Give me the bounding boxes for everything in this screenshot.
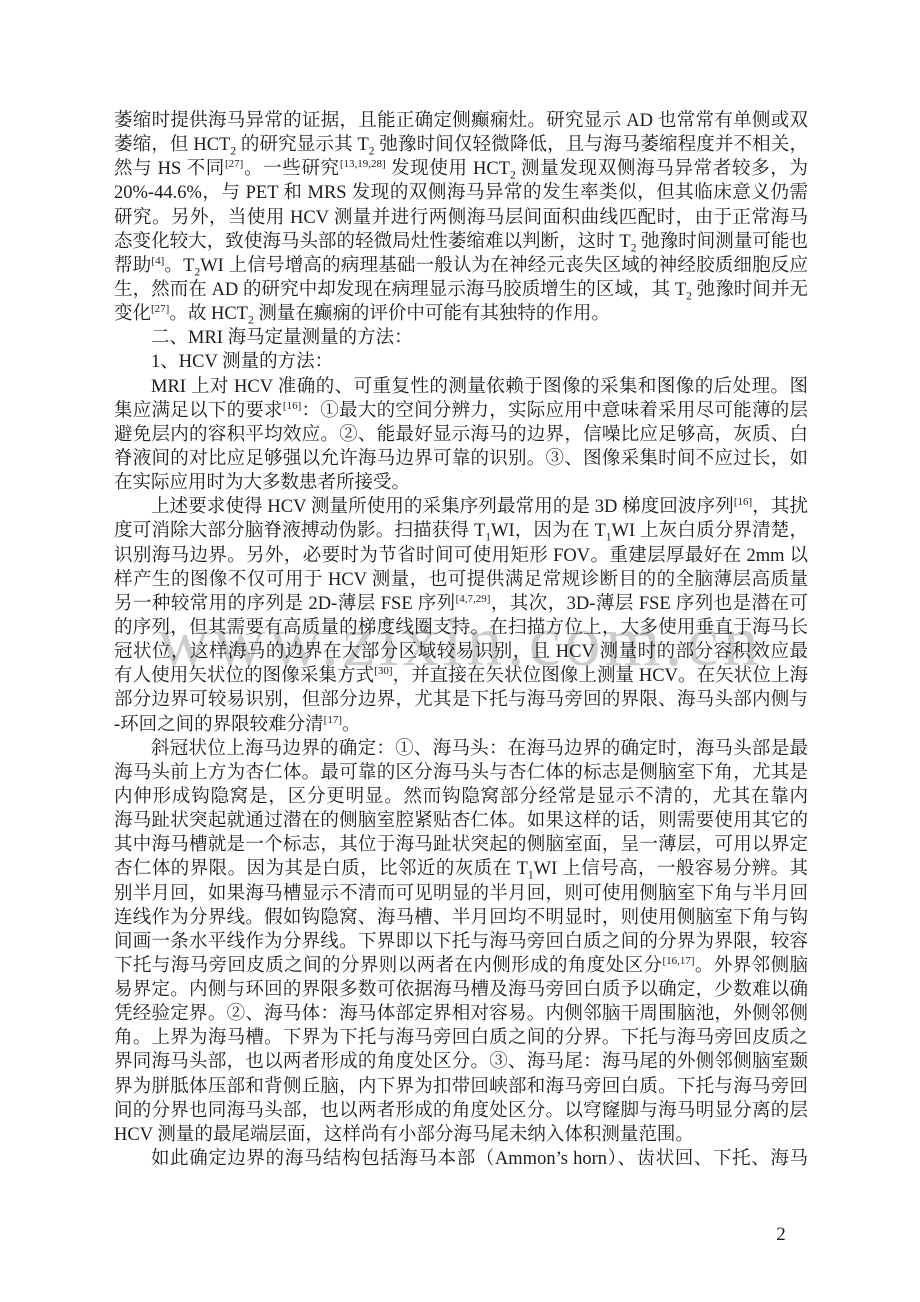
text-line: 另一种较常用的序列是 2D-薄层 FSE 序列[4,7,29]，其次，3D-薄层… (114, 592, 808, 616)
text-line: 研究。另外，当使用 HCV 测量并进行两侧海马层间面积曲线匹配时，由于正常海马头… (114, 206, 808, 230)
text-line: 二、MRI 海马定量测量的方法： (114, 326, 808, 350)
text-line: 变化[27]。故 HCT2 测量在癫痫的评价中可能有其独特的作用。 (114, 302, 808, 326)
text-line: 集应满足以下的要求[16]：①最大的空间分辨力，实际应用中意味着采用尽可能薄的层… (114, 399, 808, 423)
text-line: 斜冠状位上海马边界的确定：①、海马头：在海马边界的确定时，海马头部是最困难的。 (114, 737, 808, 761)
text-line: 有人使用矢状位的图像采集方式[30]，并直接在矢状位图像上测量 HCV。在矢状位… (114, 664, 808, 688)
text-line: -环回之间的界限较难分清[17]。 (114, 713, 808, 737)
page-number: 2 (766, 1224, 796, 1246)
text-line: 样产生的图像不仅可用于 HCV 测量，也可提供满足常规诊断目的的全脑薄层高质量图… (114, 568, 808, 592)
text-line: 20%-44.6%，与 PET 和 MRS 发现的双侧海马异常的发生率类似，但其… (114, 181, 808, 205)
text-line: 度可消除大部分脑脊液搏动伪影。扫描获得 T1WI，因为在 T1WI 上灰白质分界… (114, 519, 808, 543)
text-line: 角。上界为海马槽。下界为下托与海马旁回白质之间的分界。下托与海马旁回皮质之间的分 (114, 1026, 808, 1050)
text-line: 1、HCV 测量的方法： (114, 350, 808, 374)
text-line: MRI 上对 HCV 准确的、可重复性的测量依赖于图像的采集和图像的后处理。图像… (114, 375, 808, 399)
text-line: 帮助[4]。T2WI 上信号增高的病理基础一般认为在神经元丧失区域的神经胶质细胞… (114, 254, 808, 278)
text-line: 生，然而在 AD 的研究中却发现在病理显示海马胶质增生的区域，其 T2 弛豫时间… (114, 278, 808, 302)
text-line: 界为胼胝体压部和背侧丘脑，内下界为扣带回峡部和海马旁回白质。下托与海马旁回皮质之 (114, 1075, 808, 1099)
text-line: 海马趾状突起就通过潜在的侧脑室腔紧贴杏仁体。如果这样的话，则需要使用其它的标志。 (114, 809, 808, 833)
text-line: 下托与海马旁回皮质之间的分界则以两者在内侧形成的角度处区分[16,17]。外界邻… (114, 954, 808, 978)
text-line: 脊液间的对比应足够强以允许海马边界可靠的识别。③、图像采集时间不应过长，如此才能 (114, 447, 808, 471)
text-line: 态变化较大，致使海马头部的轻微局灶性萎缩难以判断，这时 T2 弛豫时间测量可能也… (114, 230, 808, 254)
text-line: 避免层内的容积平均效应。②、能最好显示海马的边界，信噪比应足够高，灰质、白质、脑 (114, 423, 808, 447)
text-line: 界同海马头部，也以两者形成的角度处区分。③、海马尾：海马尾的外侧邻侧脑室颞角，上 (114, 1050, 808, 1074)
text-line: 上述要求使得 HCV 测量所使用的采集序列最常用的是 3D 梯度回波序列[16]… (114, 495, 808, 519)
text-line: 间画一条水平线作为分界线。下界即以下托与海马旁回白质之间的分界为界限，较容易界定… (114, 930, 808, 954)
text-line: 萎缩时提供海马异常的证据，且能正确定侧癫痫灶。研究显示 AD 也常常有单侧或双侧… (114, 109, 808, 133)
text-line: 在实际应用时为大多数患者所接受。 (114, 471, 808, 495)
text-line: 易界定。内侧与环回的界限多数可依据海马槽及海马旁回白质予以确定，少数难以确定者需 (114, 978, 808, 1002)
text-line: 的序列，但其需要有高质量的梯度线圈支持。在扫描方位上，大多使用垂直于海马长轴的斜 (114, 616, 808, 640)
text-line: 萎缩，但 HCT2 的研究显示其 T2 弛豫时间仅轻微降低，且与海马萎缩程度并不… (114, 133, 808, 157)
text-line: 识别海马边界。另外，必要时为节省时间可使用矩形 FOV。重建层厚最好在 2mm … (114, 544, 808, 568)
text-line: 冠状位，这样海马的边界在大部分区域较易识别，且 HCV 测量时的部分容积效应最小… (114, 640, 808, 664)
text-line: HCV 测量的最尾端层面，这样尚有小部分海马尾未纳入体积测量范围。 (114, 1123, 808, 1147)
text-line: 其中海马槽就是一个标志，其位于海马趾状突起的侧脑室面，呈一薄层，可用以界定海马与 (114, 833, 808, 857)
text-line: 杏仁体的界限。因为其是白质，比邻近的灰质在 T1WI 上信号高，一般容易分辨。其… (114, 857, 808, 881)
text-line: 别半月回，如果海马槽显示不清而可见明显的半月回，则可使用侧脑室下角与半月回下界的 (114, 882, 808, 906)
text-line: 内伸形成钩隐窝是，区分更明显。然而钩隐窝部分经常是显示不清的，尤其在靠内侧，这样 (114, 785, 808, 809)
text-line: 间的分界也同海马头部，也以两者形成的角度处区分。以穹窿脚与海马明显分离的层面作为 (114, 1099, 808, 1123)
text-line: 连线作为分界线。假如钩隐窝、海马槽、半月回均不明显时，则使用侧脑室下角与钩表面之 (114, 906, 808, 930)
text-line: 海马头前上方为杏仁体。最可靠的区分海马头与杏仁体的标志是侧脑室下角，尤其是当其向 (114, 761, 808, 785)
text-line: 如此确定边界的海马结构包括海马本部（Ammon’s horn）、齿状回、下托、海… (114, 1147, 808, 1171)
text-line: 凭经验定界。②、海马体：海马体部定界相对容易。内侧邻脑干周围脑池，外侧邻侧脑室颞 (114, 1002, 808, 1026)
document-page: www.zixin.com.cn 萎缩时提供海马异常的证据，且能正确定侧癫痫灶。… (0, 0, 920, 1302)
text-line: 部分边界可较易识别，但部分边界，尤其是下托与海马旁回的界限、海马头部内侧与杏仁体 (114, 688, 808, 712)
text-line: 然与 HS 不同[27]。一些研究[13,19,28] 发现使用 HCT2 测量… (114, 157, 808, 181)
document-text: 萎缩时提供海马异常的证据，且能正确定侧癫痫灶。研究显示 AD 也常常有单侧或双侧… (114, 109, 808, 1171)
